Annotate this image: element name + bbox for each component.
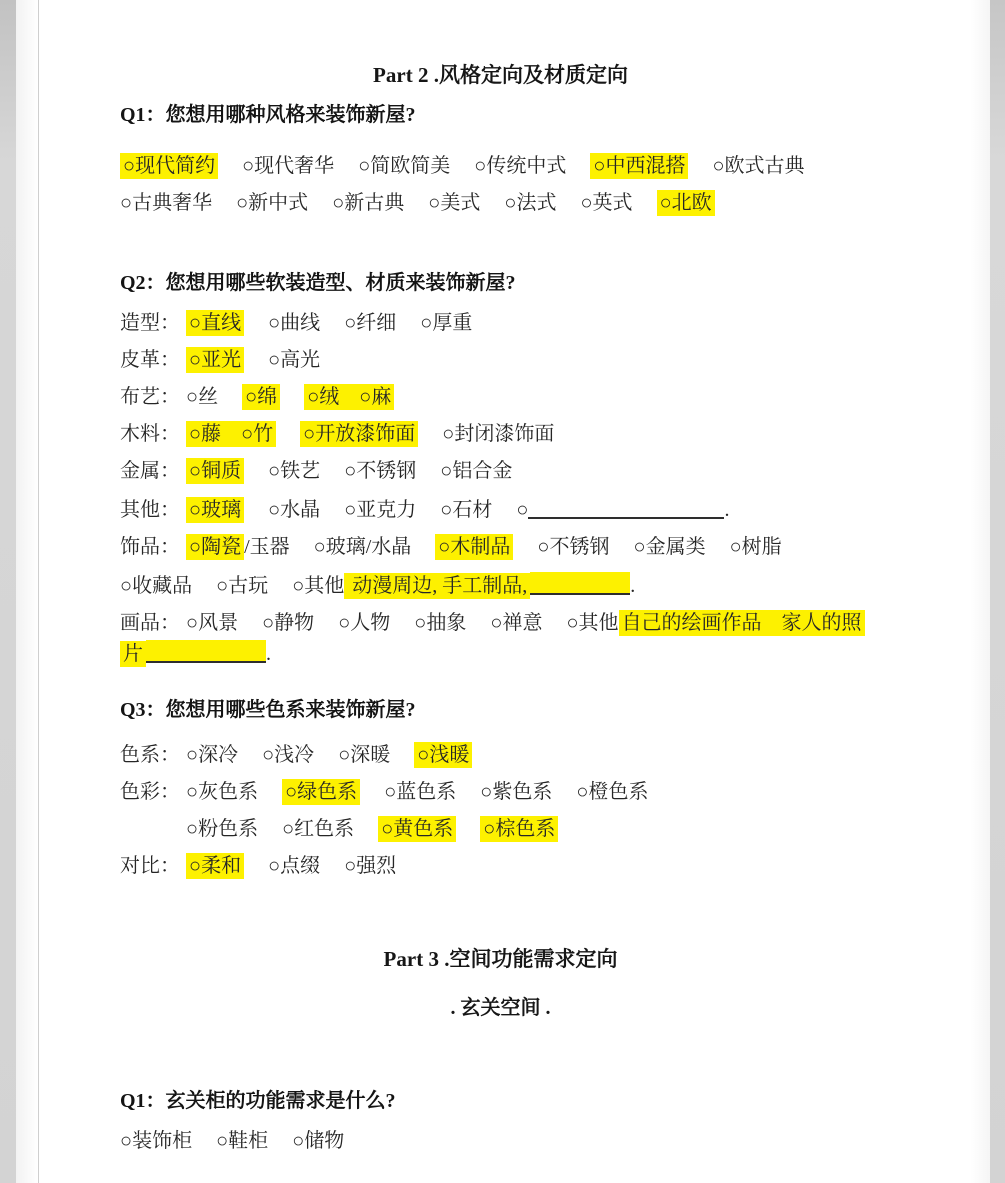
blank-line xyxy=(530,572,630,595)
radio-option: ○新中式 xyxy=(236,192,308,214)
radio-option: ○柔和 xyxy=(186,853,244,879)
wood-row: 木料：○藤 ○竹○开放漆饰面○封闭漆饰面 xyxy=(120,422,881,447)
radio-option: ○人物 xyxy=(338,612,390,634)
radio-option: ○强烈 xyxy=(344,855,396,877)
fabric-row: 布艺：○丝○绵○绒 ○麻 xyxy=(120,385,881,410)
part3-title: Part 3 .空间功能需求定向 xyxy=(120,946,881,973)
row-label: 对比： xyxy=(120,855,180,877)
radio-option: ○其他 xyxy=(292,575,344,597)
radio-option: ○铝合金 xyxy=(440,460,512,482)
radio-option: ○欧式古典 xyxy=(712,155,804,177)
options-group: ○玻璃○水晶○亚克力○石材○. xyxy=(186,499,753,521)
radio-option: ○法式 xyxy=(504,192,556,214)
options-group: ○陶瓷/玉器○玻璃/水晶○木制品○不锈钢○金属类○树脂 xyxy=(186,536,806,558)
period: . xyxy=(266,643,271,665)
options-group: ○灰色系○绿色系○蓝色系○紫色系○橙色系 xyxy=(186,781,672,803)
radio-option: ○树脂 xyxy=(730,536,782,558)
row-label: 皮革： xyxy=(120,349,180,371)
period: . xyxy=(724,499,729,521)
radio-option: ○红色系 xyxy=(282,818,354,840)
part3-subtitle: . 玄关空间 . xyxy=(120,996,881,1021)
radio-option: ○浅暖 xyxy=(414,742,472,768)
part2-q2-heading: Q2：您想用哪些软装造型、材质来装饰新屋? xyxy=(120,271,881,296)
part2-q1-heading: Q1：您想用哪种风格来装饰新屋? xyxy=(120,103,881,128)
row-label: 画品： xyxy=(120,612,180,634)
questionnaire-page: Part 2 .风格定向及材质定向 Q1：您想用哪种风格来装饰新屋? ○现代简约… xyxy=(39,0,965,1183)
radio-option: ○金属类 xyxy=(633,536,705,558)
style-options-row-1: ○现代简约○现代奢华○简欧简美○传统中式○中西混搭○欧式古典 xyxy=(120,154,881,179)
options-group: ○风景○静物○人物○抽象○禅意○其他自己的绘画作品 家人的照 xyxy=(186,612,865,634)
radio-option: ○静物 xyxy=(262,612,314,634)
radio-option: ○新古典 xyxy=(332,192,404,214)
shape-row: 造型：○直线○曲线○纤细○厚重 xyxy=(120,311,881,336)
radio-option: ○浅冷 xyxy=(262,744,314,766)
row-label: 造型： xyxy=(120,312,180,334)
radio-option: ○收藏品 xyxy=(120,575,192,597)
options-group: ○粉色系○红色系○黄色系○棕色系 xyxy=(186,818,582,840)
period: . xyxy=(630,575,635,597)
radio-option: ○开放漆饰面 xyxy=(300,421,418,447)
radio-option: ○厚重 xyxy=(420,312,472,334)
radio-option: ○古典奢华 xyxy=(120,192,212,214)
radio-option: ○ xyxy=(516,499,528,521)
radio-option: ○水晶 xyxy=(268,499,320,521)
radio-option: ○中西混搭 xyxy=(590,153,688,179)
radio-option: ○深暖 xyxy=(338,744,390,766)
leather-row: 皮革：○亚光○高光 xyxy=(120,348,881,373)
row-label: 布艺： xyxy=(120,386,180,408)
row-label: 其他： xyxy=(120,499,180,521)
radio-option: ○绿色系 xyxy=(282,779,360,805)
radio-option: ○绵 xyxy=(242,384,280,410)
radio-option: ○美式 xyxy=(428,192,480,214)
page-edge-right xyxy=(990,0,1005,1183)
radio-option: ○装饰柜 xyxy=(120,1130,192,1152)
radio-option: ○传统中式 xyxy=(474,155,566,177)
radio-option: ○英式 xyxy=(580,192,632,214)
radio-option: ○紫色系 xyxy=(480,781,552,803)
radio-option: ○纤细 xyxy=(344,312,396,334)
row-label: 金属： xyxy=(120,460,180,482)
radio-option: ○粉色系 xyxy=(186,818,258,840)
options-group: ○深冷○浅冷○深暖○浅暖 xyxy=(186,744,496,766)
metal-row: 金属：○铜质○铁艺○不锈钢○铝合金 xyxy=(120,459,881,484)
radio-option: ○玻璃/水晶 xyxy=(314,536,412,558)
radio-option: ○铁艺 xyxy=(268,460,320,482)
style-options-row-2: ○古典奢华○新中式○新古典○美式○法式○英式○北欧 xyxy=(120,191,881,216)
radio-option: ○深冷 xyxy=(186,744,238,766)
row-label: 色彩： xyxy=(120,781,180,803)
part2-title: Part 2 .风格定向及材质定向 xyxy=(120,62,881,89)
radio-option: ○高光 xyxy=(268,349,320,371)
radio-option: ○不锈钢 xyxy=(344,460,416,482)
entry-cabinet-row: ○装饰柜○鞋柜○储物 xyxy=(120,1129,881,1154)
radio-option: ○橙色系 xyxy=(576,781,648,803)
color-row-2: ○粉色系○红色系○黄色系○棕色系 xyxy=(186,817,881,842)
radio-option: ○鞋柜 xyxy=(216,1130,268,1152)
blank-line xyxy=(146,640,266,663)
options-group: ○直线○曲线○纤细○厚重 xyxy=(186,312,496,334)
answer-text: /玉器 xyxy=(244,536,290,558)
options-group: ○柔和○点缀○强烈 xyxy=(186,855,420,877)
page-shadow-left xyxy=(16,0,38,1183)
tone-row: 色系：○深冷○浅冷○深暖○浅暖 xyxy=(120,743,881,768)
radio-option: ○抽象 xyxy=(414,612,466,634)
painting-row-line1: 画品：○风景○静物○人物○抽象○禅意○其他自己的绘画作品 家人的照 xyxy=(120,611,881,636)
radio-option: ○藤 ○竹 xyxy=(186,421,276,447)
options-group: ○丝○绵○绒 ○麻 xyxy=(186,386,418,408)
radio-option: ○北欧 xyxy=(657,190,715,216)
page-edge-left xyxy=(0,0,16,1183)
options-group: ○装饰柜○鞋柜○储物 xyxy=(120,1130,368,1152)
radio-option: ○蓝色系 xyxy=(384,781,456,803)
radio-option: ○现代奢华 xyxy=(242,155,334,177)
collection-row: ○收藏品○古玩○其他 动漫周边, 手工制品,. xyxy=(120,572,881,599)
row-label: 饰品： xyxy=(120,536,180,558)
radio-option: ○木制品 xyxy=(435,534,513,560)
radio-option: ○古玩 xyxy=(216,575,268,597)
options-group: ○亚光○高光 xyxy=(186,349,344,371)
color-row-1: 色彩：○灰色系○绿色系○蓝色系○紫色系○橙色系 xyxy=(120,780,881,805)
row-label: 木料： xyxy=(120,423,180,445)
part2-q3-heading: Q3：您想用哪些色系来装饰新屋? xyxy=(120,698,881,723)
other-material-row: 其他：○玻璃○水晶○亚克力○石材○. xyxy=(120,496,881,523)
radio-option: ○丝 xyxy=(186,386,218,408)
radio-option: ○封闭漆饰面 xyxy=(442,423,554,445)
radio-option: ○风景 xyxy=(186,612,238,634)
options-group: ○现代简约○现代奢华○简欧简美○传统中式○中西混搭○欧式古典 xyxy=(120,155,829,177)
page-shadow-right xyxy=(970,0,990,1183)
radio-option: ○玻璃 xyxy=(186,497,244,523)
contrast-row: 对比：○柔和○点缀○强烈 xyxy=(120,854,881,879)
radio-option: ○现代简约 xyxy=(120,153,218,179)
ornament-row: 饰品：○陶瓷/玉器○玻璃/水晶○木制品○不锈钢○金属类○树脂 xyxy=(120,535,881,560)
answer-text: 动漫周边, 手工制品, xyxy=(344,573,530,599)
radio-option: ○陶瓷 xyxy=(186,534,244,560)
answer-text: 自己的绘画作品 家人的照 xyxy=(619,610,865,636)
row-label: 色系： xyxy=(120,744,180,766)
options-group: ○收藏品○古玩○其他 动漫周边, 手工制品,. xyxy=(120,575,659,597)
options-group: ○铜质○铁艺○不锈钢○铝合金 xyxy=(186,460,536,482)
radio-option: ○不锈钢 xyxy=(537,536,609,558)
blank-line xyxy=(528,496,724,519)
radio-option: ○黄色系 xyxy=(378,816,456,842)
options-group: ○古典奢华○新中式○新古典○美式○法式○英式○北欧 xyxy=(120,192,739,214)
radio-option: ○绒 ○麻 xyxy=(304,384,394,410)
radio-option: ○储物 xyxy=(292,1130,344,1152)
radio-option: ○铜质 xyxy=(186,458,244,484)
radio-option: ○直线 xyxy=(186,310,244,336)
part3-q1-heading: Q1：玄关柜的功能需求是什么? xyxy=(120,1089,881,1114)
answer-text: 片 xyxy=(120,641,146,667)
painting-row: 画品：○风景○静物○人物○抽象○禅意○其他自己的绘画作品 家人的照 片. xyxy=(120,611,881,667)
radio-option: ○亚光 xyxy=(186,347,244,373)
radio-option: ○亚克力 xyxy=(344,499,416,521)
radio-option: ○棕色系 xyxy=(480,816,558,842)
radio-option: ○灰色系 xyxy=(186,781,258,803)
options-group: 片. xyxy=(120,643,295,665)
radio-option: ○禅意 xyxy=(490,612,542,634)
options-group: ○藤 ○竹○开放漆饰面○封闭漆饰面 xyxy=(186,423,578,445)
radio-option: ○其他 xyxy=(566,612,618,634)
radio-option: ○点缀 xyxy=(268,855,320,877)
radio-option: ○简欧简美 xyxy=(358,155,450,177)
painting-row-line2: 片. xyxy=(120,640,881,667)
radio-option: ○曲线 xyxy=(268,312,320,334)
radio-option: ○石材 xyxy=(440,499,492,521)
